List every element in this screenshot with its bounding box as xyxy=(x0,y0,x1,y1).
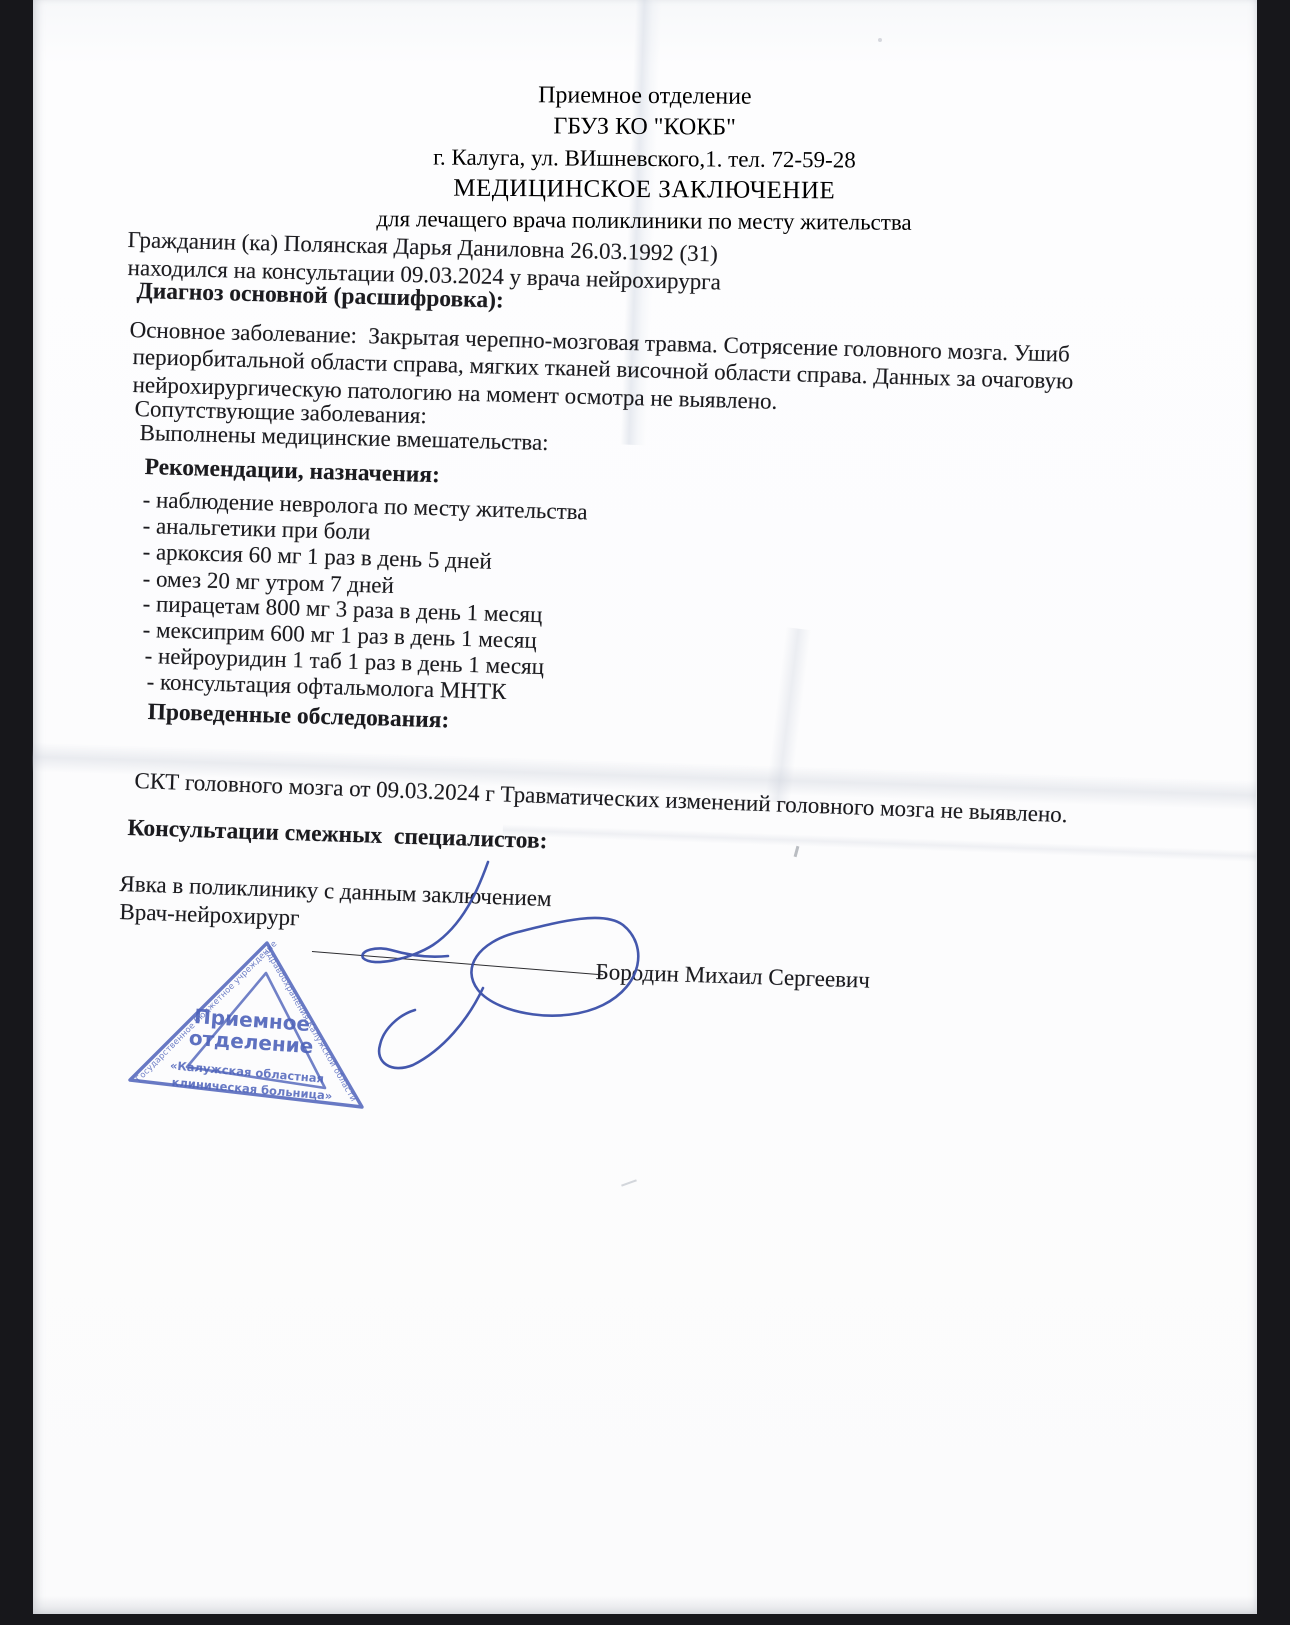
ink-speck-1 xyxy=(794,846,800,857)
examinations-heading: Проведенные обследования: xyxy=(147,699,449,734)
document-page: Приемное отделение ГБУЗ КО "КОКБ" г. Кал… xyxy=(33,0,1257,1614)
ink-speck-2 xyxy=(621,1179,637,1186)
ink-speck-3 xyxy=(878,38,882,42)
recommendations-heading: Рекомендации, назначения: xyxy=(144,454,440,489)
page-bottom-shadow xyxy=(33,1596,1257,1614)
doctor-signature-ink xyxy=(283,850,663,1140)
scanned-photo-background: { "document": { "header": { "line1": "Пр… xyxy=(0,0,1290,1625)
signature-stroke-entry xyxy=(362,862,488,962)
document-header: Приемное отделение ГБУЗ КО "КОКБ" г. Кал… xyxy=(32,77,1257,241)
fold-crease-vertical-mid xyxy=(764,627,811,804)
interventions-label: Выполнены медицинские вмешательства: xyxy=(139,420,549,456)
signature-stroke-loop xyxy=(471,918,638,1016)
signature-stroke-tail xyxy=(379,988,483,1068)
